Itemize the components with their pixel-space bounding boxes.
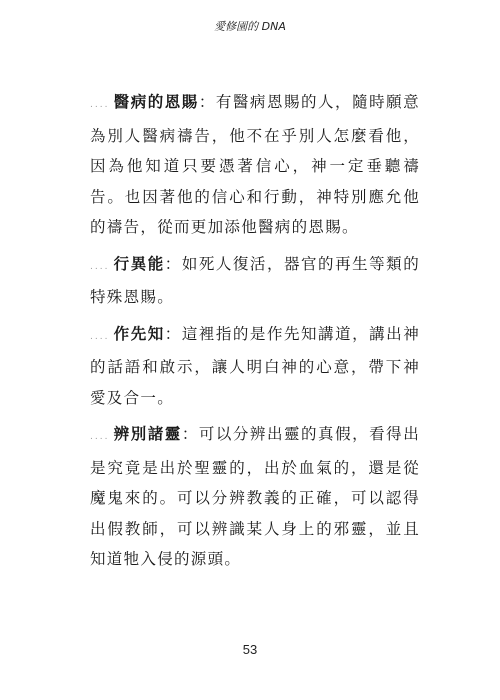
term-heading: 辨別諸靈 — [113, 425, 181, 443]
term-heading: 作先知 — [113, 325, 164, 343]
dot-leader: .... — [90, 332, 109, 342]
running-header: 愛修園的 DNA — [0, 18, 500, 34]
term-colon: ： — [165, 325, 182, 343]
term-colon: ： — [199, 93, 216, 111]
paragraph-prophecy: ....作先知：這裡指的是作先知講道，講出神的話語和啟示，讓人明白神的心意，帶下… — [90, 319, 420, 414]
paragraph-discernment: ....辨別諸靈：可以分辨出靈的真假，看得出是究竟是出於聖靈的，出於血氣的，還是… — [90, 419, 420, 575]
paragraph-text: 可以分辨出靈的真假，看得出是究竟是出於聖靈的，出於血氣的，還是從魔鬼來的。可以分… — [90, 425, 420, 568]
dot-leader: .... — [90, 262, 109, 272]
term-colon: ： — [182, 425, 199, 443]
paragraph-miracles: ....行異能：如死人復活，器官的再生等類的特殊恩賜。 — [90, 249, 420, 313]
dot-leader: .... — [90, 100, 109, 110]
term-heading: 醫病的恩賜 — [113, 93, 198, 111]
dot-leader: .... — [90, 432, 109, 442]
term-heading: 行異能 — [113, 255, 164, 273]
paragraph-healing: ....醫病的恩賜：有醫病恩賜的人，隨時願意為別人醫病禱告，他不在乎別人怎麼看他… — [90, 87, 420, 243]
page-number: 53 — [0, 642, 500, 657]
paragraph-text: 有醫病恩賜的人，隨時願意為別人醫病禱告，他不在乎別人怎麼看他，因為他知道只要憑著… — [90, 93, 420, 236]
term-colon: ： — [165, 255, 182, 273]
page-body: ....醫病的恩賜：有醫病恩賜的人，隨時願意為別人醫病禱告，他不在乎別人怎麼看他… — [90, 87, 420, 581]
